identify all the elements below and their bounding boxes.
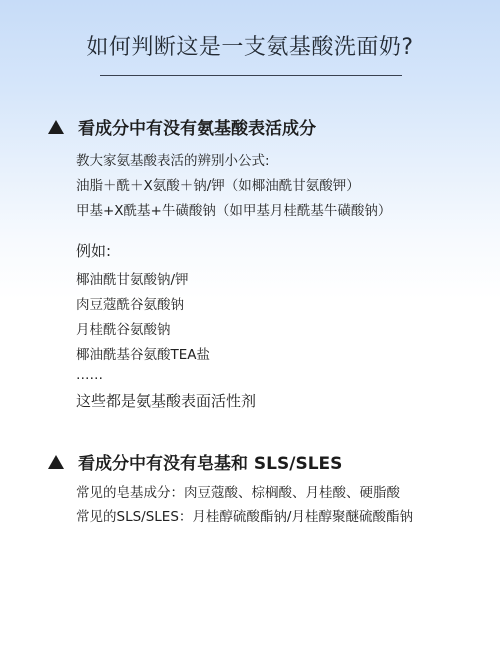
example-item: 肉豆蔻酰谷氨酸钠 <box>76 293 184 313</box>
example-item: 月桂酰谷氨酸钠 <box>76 318 171 338</box>
formula-line: 甲基+X酰基+牛磺酸钠（如甲基月桂酰基牛磺酸钠） <box>76 199 391 219</box>
conclusion-text: 这些都是氨基酸表面活性剂 <box>76 390 256 411</box>
section-heading-soap-base: 看成分中有没有皂基和 SLS/SLES <box>48 449 342 474</box>
title-divider <box>100 75 402 76</box>
soap-base-line: 常见的皂基成分：肉豆蔻酸、棕榈酸、月桂酸、硬脂酸 <box>76 481 400 501</box>
section-heading-amino-acid: 看成分中有没有氨基酸表活成分 <box>48 114 316 139</box>
triangle-up-icon <box>48 120 64 134</box>
sls-sles-line: 常见的SLS/SLES：月桂醇硫酸酯钠/月桂醇聚醚硫酸酯钠 <box>76 505 413 525</box>
example-item: 椰油酰基谷氨酸TEA盐 <box>76 343 210 363</box>
section-heading-text: 看成分中有没有皂基和 SLS/SLES <box>78 449 342 474</box>
example-label: 例如: <box>76 240 111 261</box>
formula-intro: 教大家氨基酸表活的辨别小公式: <box>76 149 270 169</box>
example-item: 椰油酰甘氨酸钠/钾 <box>76 268 189 288</box>
formula-line: 油脂＋酰＋X氨酸＋钠/钾（如椰油酰甘氨酸钾） <box>76 174 360 194</box>
section-heading-text: 看成分中有没有氨基酸表活成分 <box>78 114 316 139</box>
triangle-up-icon <box>48 455 64 469</box>
page-title: 如何判断这是一支氨基酸洗面奶? <box>0 30 500 61</box>
ellipsis: …… <box>76 367 103 383</box>
